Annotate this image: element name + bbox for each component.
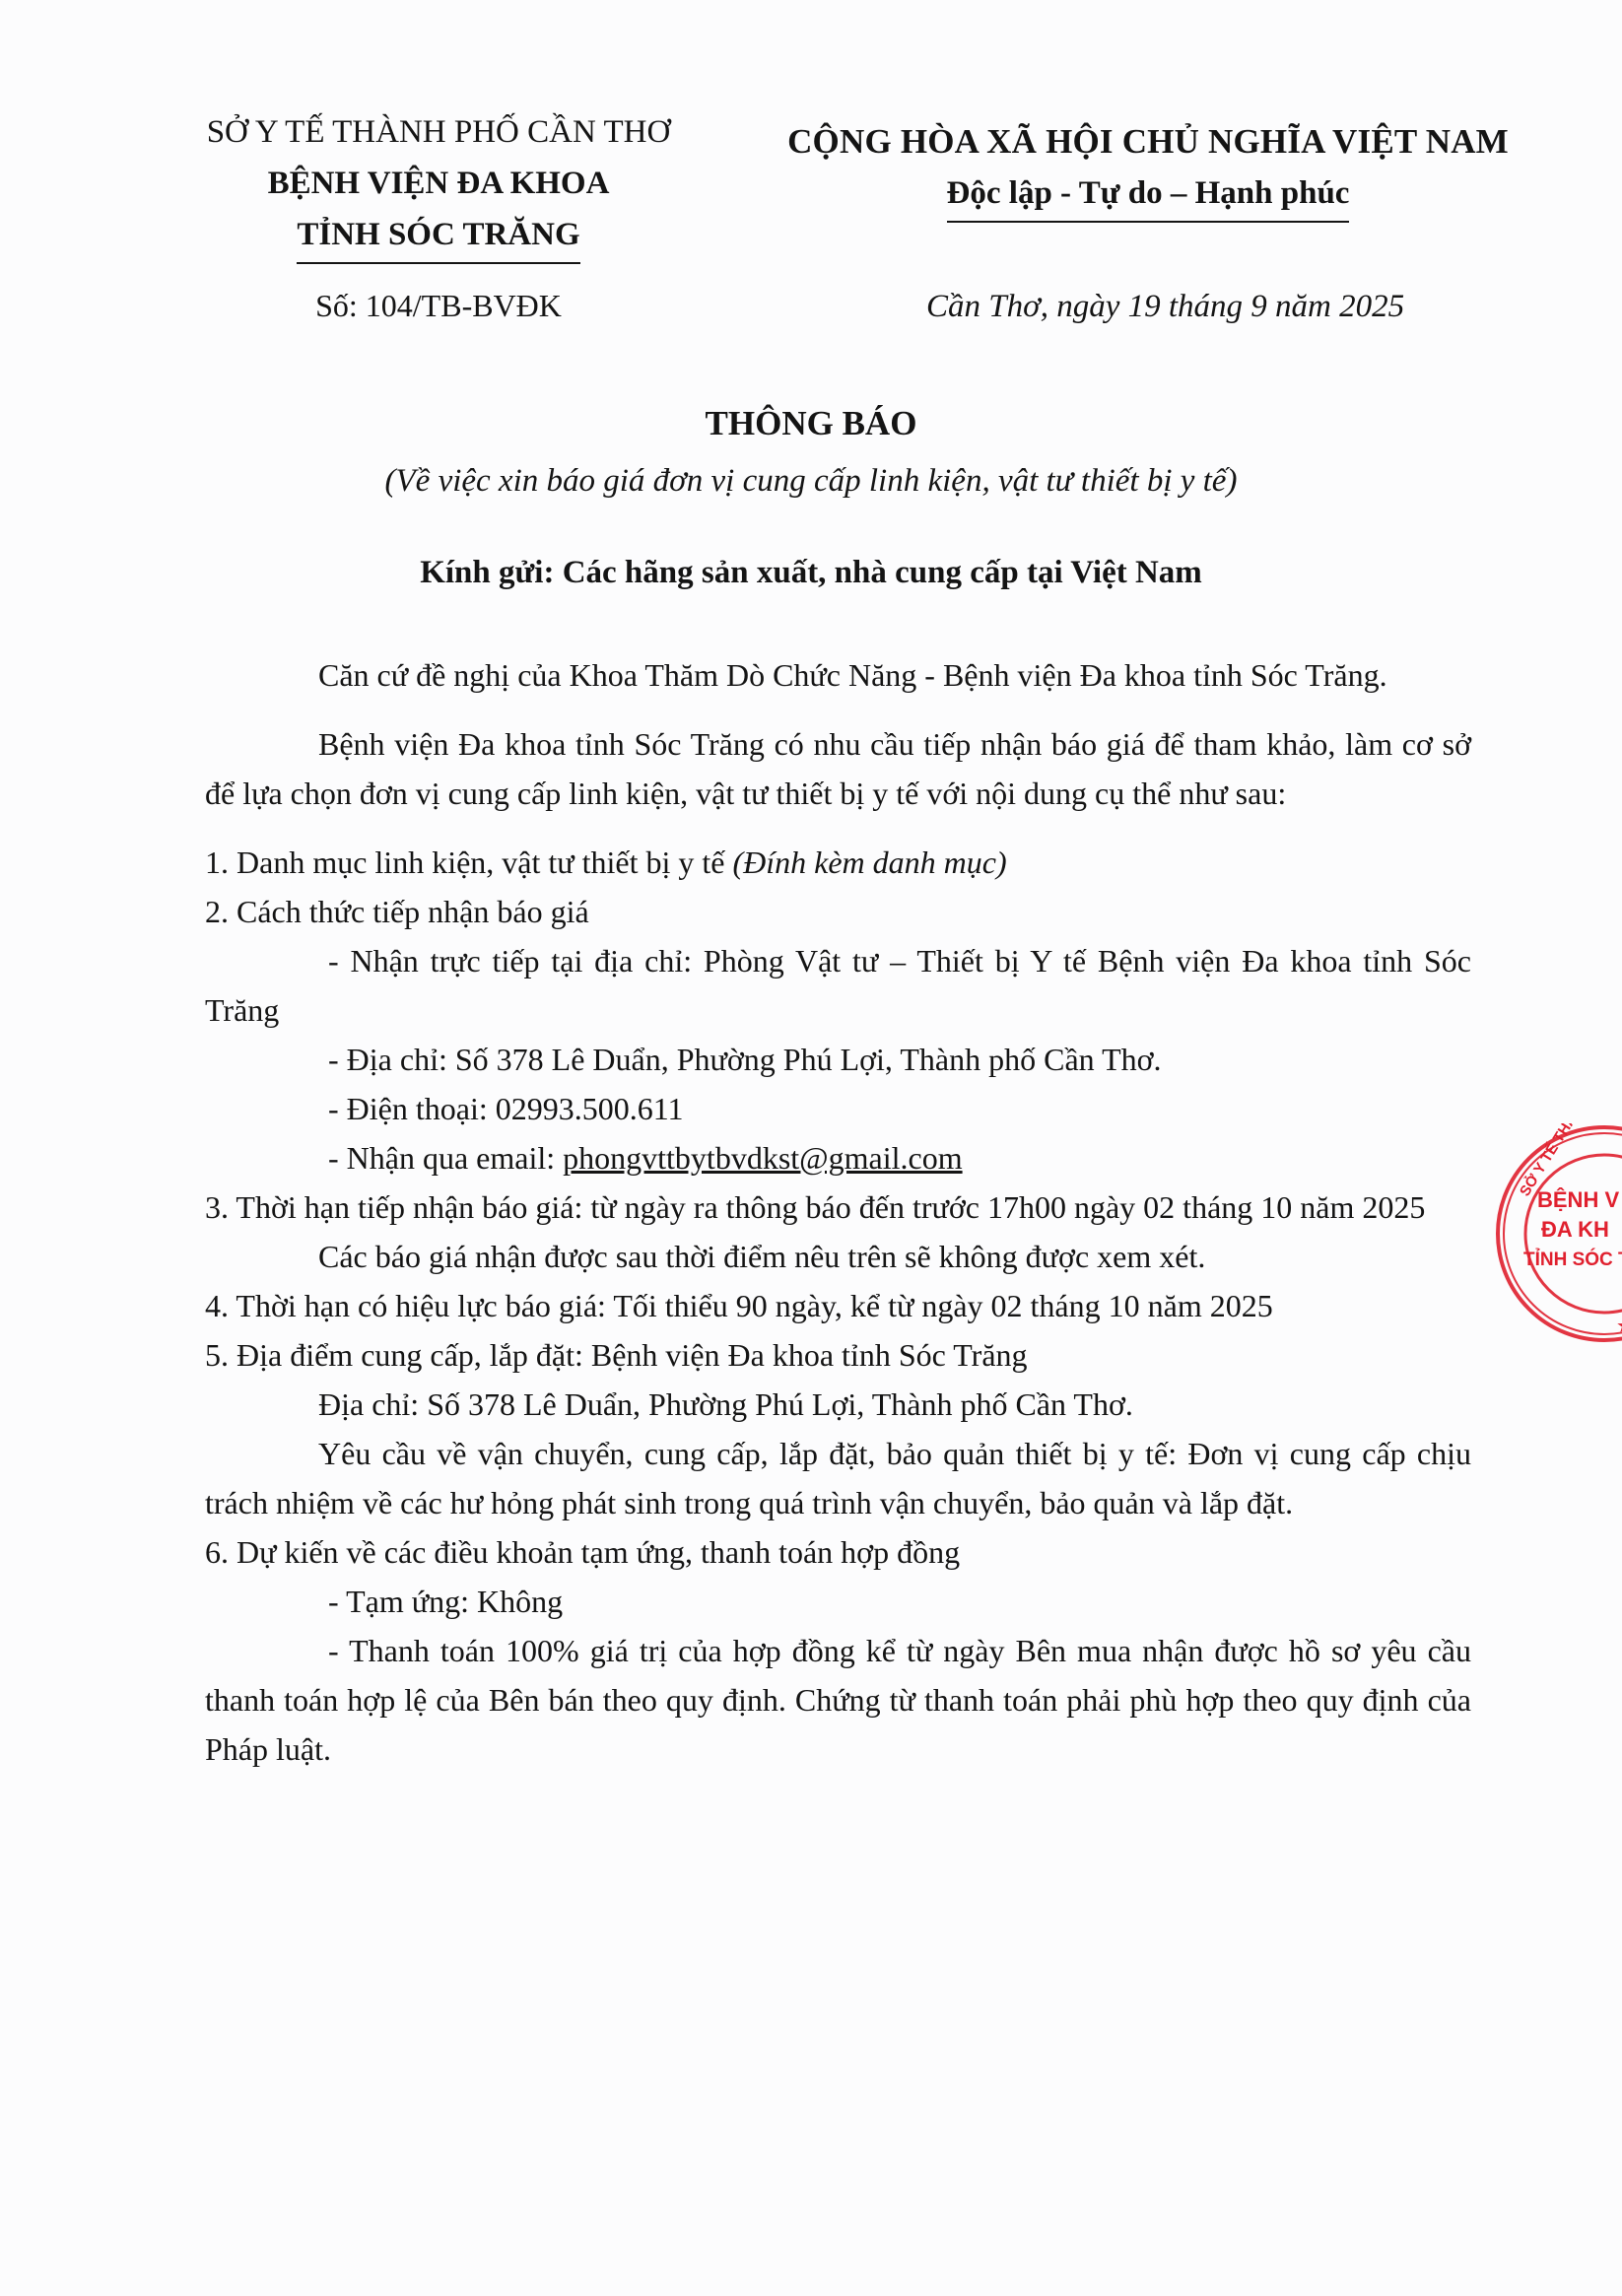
svg-text:ĐA KH: ĐA KH	[1541, 1217, 1609, 1242]
issue-date: Cần Thơ, ngày 19 tháng 9 năm 2025	[926, 289, 1404, 325]
national-header: CỘNG HÒA XÃ HỘI CHỦ NGHĨA VIỆT NAM Độc l…	[759, 116, 1537, 223]
item-5-requirements: Yêu cầu về vận chuyển, cung cấp, lắp đặt…	[205, 1429, 1471, 1527]
national-motto: Độc lập - Tự do – Hạnh phúc	[947, 168, 1350, 223]
document-title: THÔNG BÁO	[0, 404, 1622, 443]
purpose-paragraph: Bệnh viện Đa khoa tỉnh Sóc Trăng có nhu …	[205, 719, 1471, 818]
item-2: 2. Cách thức tiếp nhận báo giá	[205, 887, 1471, 936]
svg-text:BỆNH V: BỆNH V	[1537, 1187, 1619, 1212]
item-4: 4. Thời hạn có hiệu lực báo giá: Tối thi…	[205, 1281, 1471, 1330]
email-label: - Nhận qua email:	[328, 1140, 563, 1176]
basis-paragraph: Căn cứ đề nghị của Khoa Thăm Dò Chức Năn…	[205, 650, 1471, 700]
seal-icon: SỞ Y TẾ THÀNH BỆNH V ĐA KH TỈNH SÓC T ★	[1476, 1123, 1622, 1350]
item-6: 6. Dự kiến về các điều khoản tạm ứng, th…	[205, 1527, 1471, 1577]
svg-text:★: ★	[1616, 1316, 1622, 1337]
item-5-address: Địa chỉ: Số 378 Lê Duẩn, Phường Phú Lợi,…	[205, 1380, 1471, 1429]
document-body: Căn cứ đề nghị của Khoa Thăm Dò Chức Năn…	[205, 650, 1471, 1774]
item-2-address: - Địa chỉ: Số 378 Lê Duẩn, Phường Phú Lợ…	[205, 1035, 1471, 1084]
item-3-note: Các báo giá nhận được sau thời điểm nêu …	[205, 1232, 1471, 1281]
document-number: Số: 104/TB-BVĐK	[148, 288, 729, 324]
official-seal-stamp: SỞ Y TẾ THÀNH BỆNH V ĐA KH TỈNH SÓC T ★	[1476, 1123, 1622, 1350]
org-name-line2: TỈNH SÓC TRĂNG	[297, 209, 579, 264]
item-1-note: (Đính kèm danh mục)	[732, 844, 1006, 880]
nation-name: CỘNG HÒA XÃ HỘI CHỦ NGHĨA VIỆT NAM	[759, 116, 1537, 168]
org-name-line1: BỆNH VIỆN ĐA KHOA	[148, 158, 729, 209]
item-2-phone: - Điện thoại: 02993.500.611	[205, 1084, 1471, 1133]
item-6-payment: - Thanh toán 100% giá trị của hợp đồng k…	[205, 1626, 1471, 1774]
recipient-line: Kính gửi: Các hãng sản xuất, nhà cung cấ…	[0, 555, 1622, 591]
issuer-block: SỞ Y TẾ THÀNH PHỐ CẦN THƠ BỆNH VIỆN ĐA K…	[148, 106, 729, 324]
item-5: 5. Địa điểm cung cấp, lắp đặt: Bệnh viện…	[205, 1330, 1471, 1380]
item-3: 3. Thời hạn tiếp nhận báo giá: từ ngày r…	[205, 1182, 1471, 1232]
item-1: 1. Danh mục linh kiện, vật tư thiết bị y…	[205, 838, 1471, 887]
item-1-text: 1. Danh mục linh kiện, vật tư thiết bị y…	[205, 844, 732, 880]
item-2-direct: - Nhận trực tiếp tại địa chỉ: Phòng Vật …	[205, 936, 1471, 1035]
svg-text:TỈNH SÓC T: TỈNH SÓC T	[1523, 1249, 1622, 1270]
agency-name: SỞ Y TẾ THÀNH PHỐ CẦN THƠ	[148, 106, 729, 158]
document-subtitle: (Về việc xin báo giá đơn vị cung cấp lin…	[0, 463, 1622, 500]
item-2-email: - Nhận qua email: phongvttbytbvdkst@gmai…	[205, 1133, 1471, 1182]
item-6-advance: - Tạm ứng: Không	[205, 1577, 1471, 1626]
email-link[interactable]: phongvttbytbvdkst@gmail.com	[563, 1140, 962, 1176]
